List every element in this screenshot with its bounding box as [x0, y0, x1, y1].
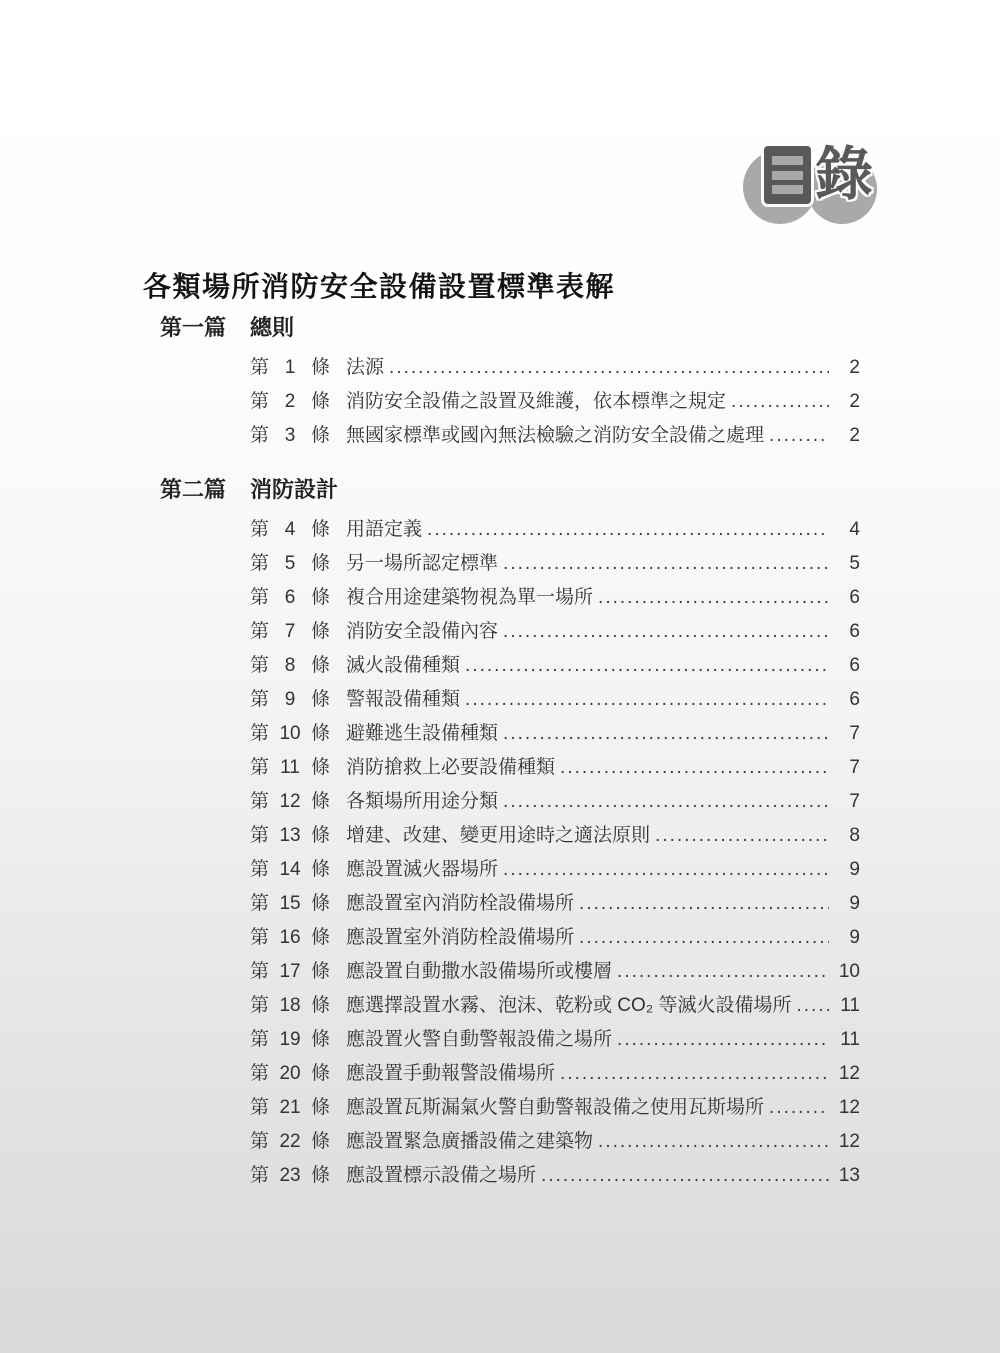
- article-unit: 條: [311, 1091, 330, 1125]
- entry-title: 滅火設備種類: [346, 649, 460, 683]
- dot-leader: [655, 819, 829, 853]
- article-number: 14: [269, 853, 311, 887]
- article-unit: 條: [311, 1125, 330, 1159]
- dot-leader: [389, 351, 829, 385]
- article-number: 12: [269, 785, 311, 819]
- article-unit: 條: [311, 615, 330, 649]
- page-number: 9: [834, 887, 860, 921]
- dot-leader: [560, 1057, 829, 1091]
- toc-entry: 第 20 條 應設置手動報警設備場所 12: [250, 1057, 860, 1091]
- section-entries: 第 1 條 法源 2 第 2 條 消防安全設備之設置及維護，依本標準之規定 2 …: [250, 351, 860, 453]
- article-number: 8: [269, 649, 311, 683]
- toc-entry: 第 7 條 消防安全設備內容 6: [250, 615, 860, 649]
- toc-section: 第二篇 消防設計 第 4 條 用語定義 4 第 5 條 另一場所認定標準 5 第…: [160, 475, 860, 1193]
- toc-entry: 第 21 條 應設置瓦斯漏氣火警自動警報設備之使用瓦斯場所 12: [250, 1091, 860, 1125]
- article-number: 9: [269, 683, 311, 717]
- article-number: 10: [269, 717, 311, 751]
- article-prefix: 第: [250, 717, 269, 751]
- dot-leader: [541, 1159, 829, 1193]
- toc-entry: 第 17 條 應設置自動撒水設備場所或樓層 10: [250, 955, 860, 989]
- logo-char-mu-icon: [764, 146, 811, 204]
- article-number: 23: [269, 1159, 311, 1193]
- toc-entry: 第 10 條 避難逃生設備種類 7: [250, 717, 860, 751]
- article-prefix: 第: [250, 419, 269, 453]
- article-unit: 條: [311, 385, 330, 419]
- article-prefix: 第: [250, 955, 269, 989]
- section-header: 第一篇 總則: [160, 313, 860, 343]
- article-prefix: 第: [250, 547, 269, 581]
- entry-title: 法源: [346, 351, 384, 385]
- article-number: 15: [269, 887, 311, 921]
- dot-leader: [465, 683, 829, 717]
- dot-leader: [465, 649, 829, 683]
- toc-entry: 第 1 條 法源 2: [250, 351, 860, 385]
- document-title: 各類場所消防安全設備設置標準表解: [143, 270, 615, 306]
- section-header: 第二篇 消防設計: [160, 475, 860, 505]
- page-number: 12: [834, 1057, 860, 1091]
- entry-title: 應設置滅火器場所: [346, 853, 498, 887]
- entry-title: 無國家標準或國內無法檢驗之消防安全設備之處理: [346, 419, 764, 453]
- toc-entry: 第 3 條 無國家標準或國內無法檢驗之消防安全設備之處理 2: [250, 419, 860, 453]
- section-number-label: 第二篇: [160, 475, 250, 505]
- article-unit: 條: [311, 513, 330, 547]
- article-unit: 條: [311, 751, 330, 785]
- dot-leader: [769, 419, 829, 453]
- toc-entry: 第 5 條 另一場所認定標準 5: [250, 547, 860, 581]
- dot-leader: [503, 853, 829, 887]
- article-number: 17: [269, 955, 311, 989]
- article-prefix: 第: [250, 785, 269, 819]
- article-prefix: 第: [250, 1023, 269, 1057]
- page-number: 7: [834, 785, 860, 819]
- toc-entry: 第 9 條 警報設備種類 6: [250, 683, 860, 717]
- entry-title: 應設置緊急廣播設備之建築物: [346, 1125, 593, 1159]
- dot-leader: [503, 785, 829, 819]
- dot-leader: [560, 751, 829, 785]
- page-number: 2: [834, 419, 860, 453]
- toc-entry: 第 12 條 各類場所用途分類 7: [250, 785, 860, 819]
- article-unit: 條: [311, 1159, 330, 1193]
- toc-entry: 第 14 條 應設置滅火器場所 9: [250, 853, 860, 887]
- article-unit: 條: [311, 819, 330, 853]
- article-prefix: 第: [250, 853, 269, 887]
- article-prefix: 第: [250, 351, 269, 385]
- section-entries: 第 4 條 用語定義 4 第 5 條 另一場所認定標準 5 第 6 條 複合用途…: [250, 513, 860, 1193]
- toc-entry: 第 16 條 應設置室外消防栓設備場所 9: [250, 921, 860, 955]
- dot-leader: [731, 385, 829, 419]
- article-unit: 條: [311, 683, 330, 717]
- entry-title: 各類場所用途分類: [346, 785, 498, 819]
- entry-title: 複合用途建築物視為單一場所: [346, 581, 593, 615]
- page-number: 6: [834, 615, 860, 649]
- article-unit: 條: [311, 921, 330, 955]
- article-number: 4: [269, 513, 311, 547]
- article-unit: 條: [311, 547, 330, 581]
- page-number: 6: [834, 683, 860, 717]
- article-number: 22: [269, 1125, 311, 1159]
- toc-entry: 第 4 條 用語定義 4: [250, 513, 860, 547]
- toc-entry: 第 11 條 消防搶救上必要設備種類 7: [250, 751, 860, 785]
- section-title: 消防設計: [250, 475, 338, 505]
- article-unit: 條: [311, 1057, 330, 1091]
- entry-title: 應設置瓦斯漏氣火警自動警報設備之使用瓦斯場所: [346, 1091, 764, 1125]
- article-prefix: 第: [250, 1159, 269, 1193]
- entry-title: 應選擇設置水霧、泡沫、乾粉或 CO₂ 等滅火設備場所: [346, 989, 791, 1023]
- article-unit: 條: [311, 419, 330, 453]
- dot-leader: [503, 615, 829, 649]
- toc-entry: 第 13 條 增建、改建、變更用途時之適法原則 8: [250, 819, 860, 853]
- toc-entry: 第 23 條 應設置標示設備之場所 13: [250, 1159, 860, 1193]
- logo-mu-bar: [772, 185, 803, 194]
- article-unit: 條: [311, 649, 330, 683]
- dot-leader: [503, 717, 829, 751]
- entry-title: 應設置手動報警設備場所: [346, 1057, 555, 1091]
- entry-title: 警報設備種類: [346, 683, 460, 717]
- article-number: 3: [269, 419, 311, 453]
- article-prefix: 第: [250, 921, 269, 955]
- dot-leader: [579, 887, 829, 921]
- scanned-toc-page: 錄 各類場所消防安全設備設置標準表解 第一篇 總則 第 1 條 法源 2 第 2…: [0, 0, 1000, 1353]
- entry-title: 應設置標示設備之場所: [346, 1159, 536, 1193]
- article-prefix: 第: [250, 989, 269, 1023]
- entry-title: 另一場所認定標準: [346, 547, 498, 581]
- article-prefix: 第: [250, 751, 269, 785]
- page-number: 9: [834, 853, 860, 887]
- section-title: 總則: [250, 313, 294, 343]
- page-number: 8: [834, 819, 860, 853]
- page-number: 2: [834, 351, 860, 385]
- entry-title: 應設置自動撒水設備場所或樓層: [346, 955, 612, 989]
- toc-entry: 第 18 條 應選擇設置水霧、泡沫、乾粉或 CO₂ 等滅火設備場所 11: [250, 989, 860, 1023]
- dot-leader: [617, 1023, 829, 1057]
- page-number: 7: [834, 751, 860, 785]
- article-number: 7: [269, 615, 311, 649]
- page-number: 11: [834, 1023, 860, 1057]
- article-unit: 條: [311, 1023, 330, 1057]
- page-number: 9: [834, 921, 860, 955]
- article-unit: 條: [311, 887, 330, 921]
- dot-leader: [503, 547, 829, 581]
- dot-leader: [769, 1091, 829, 1125]
- entry-title: 消防安全設備之設置及維護，依本標準之規定: [346, 385, 726, 419]
- entry-title: 避難逃生設備種類: [346, 717, 498, 751]
- article-number: 16: [269, 921, 311, 955]
- entry-title: 應設置室內消防栓設備場所: [346, 887, 574, 921]
- article-number: 1: [269, 351, 311, 385]
- article-unit: 條: [311, 581, 330, 615]
- article-unit: 條: [311, 989, 330, 1023]
- dot-leader: [598, 1125, 829, 1159]
- article-prefix: 第: [250, 581, 269, 615]
- toc: 第一篇 總則 第 1 條 法源 2 第 2 條 消防安全設備之設置及維護，依本標…: [160, 313, 860, 1193]
- article-unit: 條: [311, 853, 330, 887]
- dot-leader: [617, 955, 829, 989]
- entry-title: 用語定義: [346, 513, 422, 547]
- article-prefix: 第: [250, 385, 269, 419]
- article-unit: 條: [311, 955, 330, 989]
- page-number: 12: [834, 1125, 860, 1159]
- logo-mu-bar: [772, 171, 803, 180]
- article-number: 18: [269, 989, 311, 1023]
- article-prefix: 第: [250, 1091, 269, 1125]
- article-prefix: 第: [250, 649, 269, 683]
- page-number: 10: [834, 955, 860, 989]
- toc-entry: 第 2 條 消防安全設備之設置及維護，依本標準之規定 2: [250, 385, 860, 419]
- article-number: 6: [269, 581, 311, 615]
- article-number: 20: [269, 1057, 311, 1091]
- dot-leader: [579, 921, 829, 955]
- logo-char-lu: 錄: [815, 142, 873, 208]
- article-unit: 條: [311, 717, 330, 751]
- toc-entry: 第 22 條 應設置緊急廣播設備之建築物 12: [250, 1125, 860, 1159]
- article-number: 2: [269, 385, 311, 419]
- entry-title: 應設置火警自動警報設備之場所: [346, 1023, 612, 1057]
- article-unit: 條: [311, 785, 330, 819]
- article-prefix: 第: [250, 513, 269, 547]
- toc-logo: 錄: [743, 138, 893, 228]
- article-number: 21: [269, 1091, 311, 1125]
- page-number: 6: [834, 581, 860, 615]
- article-number: 19: [269, 1023, 311, 1057]
- page-number: 6: [834, 649, 860, 683]
- page-number: 4: [834, 513, 860, 547]
- page-number: 12: [834, 1091, 860, 1125]
- article-prefix: 第: [250, 1057, 269, 1091]
- article-prefix: 第: [250, 1125, 269, 1159]
- page-number: 7: [834, 717, 860, 751]
- article-number: 11: [269, 751, 311, 785]
- logo-mu-bar: [772, 156, 803, 165]
- article-prefix: 第: [250, 819, 269, 853]
- page-number: 2: [834, 385, 860, 419]
- page-number: 13: [834, 1159, 860, 1193]
- article-number: 5: [269, 547, 311, 581]
- entry-title: 消防安全設備內容: [346, 615, 498, 649]
- toc-entry: 第 6 條 複合用途建築物視為單一場所 6: [250, 581, 860, 615]
- dot-leader: [796, 989, 829, 1023]
- toc-entry: 第 15 條 應設置室內消防栓設備場所 9: [250, 887, 860, 921]
- article-prefix: 第: [250, 683, 269, 717]
- article-prefix: 第: [250, 887, 269, 921]
- section-number-label: 第一篇: [160, 313, 250, 343]
- article-prefix: 第: [250, 615, 269, 649]
- page-number: 5: [834, 547, 860, 581]
- article-number: 13: [269, 819, 311, 853]
- toc-entry: 第 8 條 滅火設備種類 6: [250, 649, 860, 683]
- dot-leader: [598, 581, 829, 615]
- article-unit: 條: [311, 351, 330, 385]
- toc-entry: 第 19 條 應設置火警自動警報設備之場所 11: [250, 1023, 860, 1057]
- entry-title: 增建、改建、變更用途時之適法原則: [346, 819, 650, 853]
- toc-section: 第一篇 總則 第 1 條 法源 2 第 2 條 消防安全設備之設置及維護，依本標…: [160, 313, 860, 453]
- page-number: 11: [834, 989, 860, 1023]
- entry-title: 消防搶救上必要設備種類: [346, 751, 555, 785]
- dot-leader: [427, 513, 829, 547]
- entry-title: 應設置室外消防栓設備場所: [346, 921, 574, 955]
